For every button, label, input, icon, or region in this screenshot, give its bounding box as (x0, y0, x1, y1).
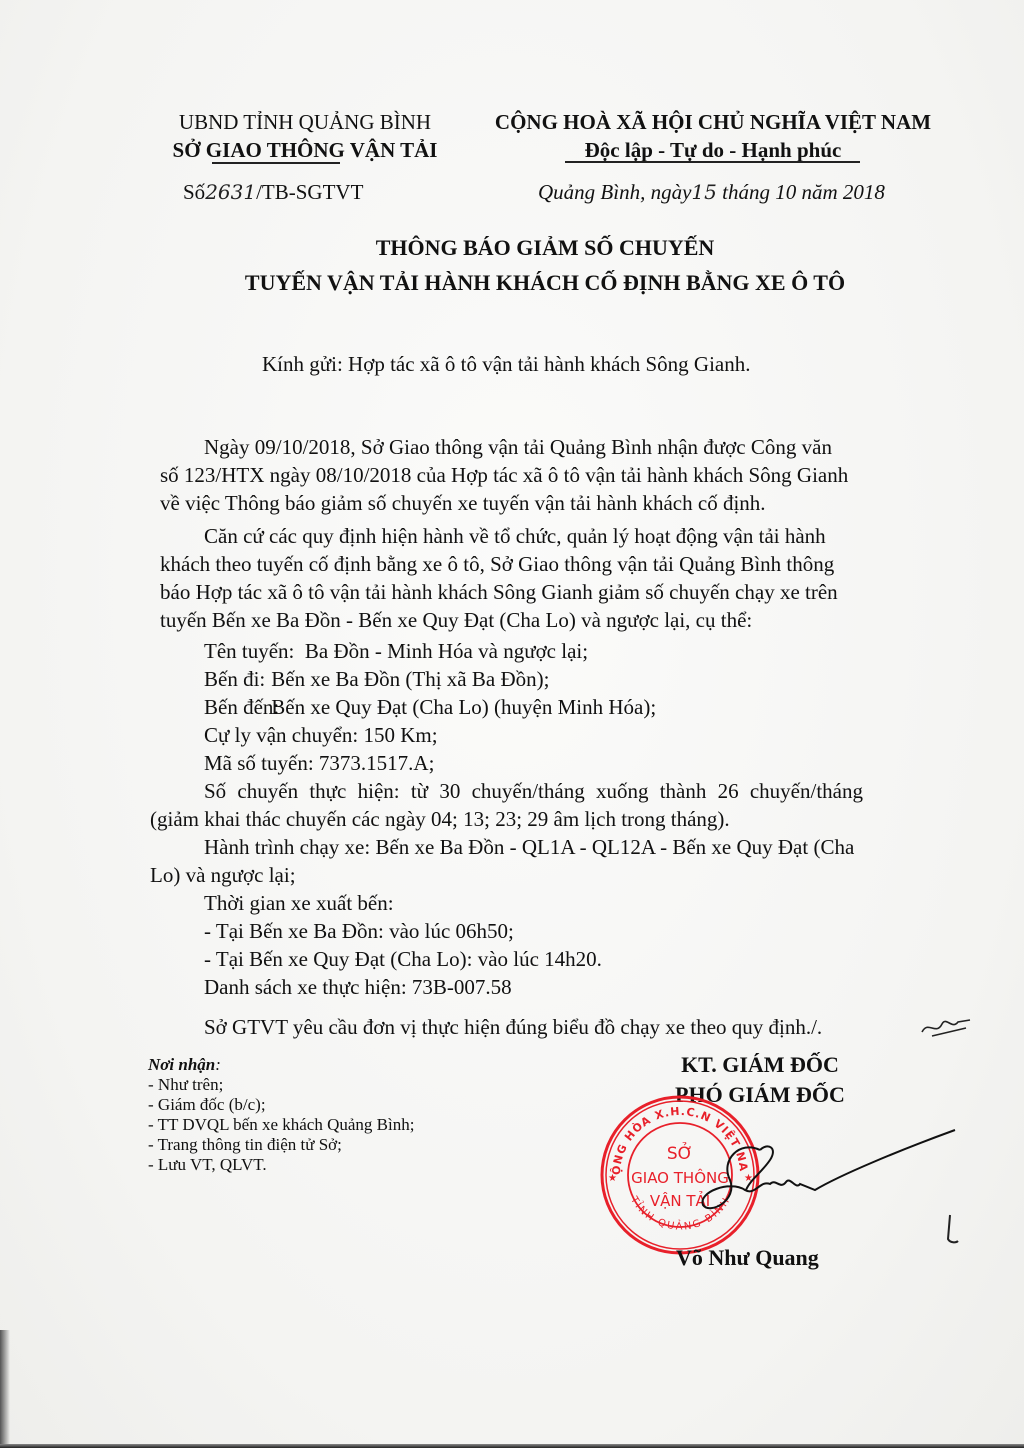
route-name-value: Ba Đồn - Minh Hóa và ngược lại; (305, 639, 588, 663)
motto-underline (565, 161, 860, 163)
document-date: Quảng Bình, ngày15 tháng 10 năm 2018 (538, 178, 885, 206)
document-page: UBND TỈNH QUẢNG BÌNH SỞ GIAO THÔNG VẬN T… (0, 0, 1024, 1448)
route-code: Mã số tuyến: 7373.1517.A; (204, 749, 434, 777)
paragraph-1-line: về việc Thông báo giảm số chuyến xe tuyế… (160, 489, 766, 517)
paragraph-2-line: khách theo tuyến cố định bằng xe ô tô, S… (160, 550, 834, 578)
closing-statement: Sở GTVT yêu cầu đơn vị thực hiện đúng bi… (204, 1013, 822, 1041)
agency-parent: UBND TỈNH QUẢNG BÌNH (140, 108, 470, 136)
recipient-item: - Trang thông tin điện tử Sở; (148, 1135, 414, 1155)
itinerary-line-1: Hành trình chạy xe: Bến xe Ba Đồn - QL1A… (204, 833, 854, 861)
departure-times-label: Thời gian xe xuất bến: (204, 889, 394, 917)
agency-name: SỞ GIAO THÔNG VẬN TẢI (140, 136, 470, 164)
recipient-item: - Như trên; (148, 1075, 414, 1095)
svg-text:★: ★ (608, 1173, 617, 1184)
margin-mark-icon (942, 1213, 962, 1247)
arrival-station: Bến đến: Bến xe Quy Đạt (Cha Lo) (huyện … (204, 693, 656, 721)
departure-station: Bến đi: Bến xe Ba Đồn (Thị xã Ba Đồn); (204, 665, 549, 693)
document-title-line1: THÔNG BÁO GIẢM SỐ CHUYẾN (0, 235, 1024, 261)
arrival-label: Bến đến: (204, 693, 266, 721)
signer-role-1: KT. GIÁM ĐỐC (610, 1050, 910, 1080)
date-prefix: Quảng Bình, ngày (538, 180, 691, 204)
addressee: Kính gửi: Hợp tác xã ô tô vận tải hành k… (262, 350, 750, 378)
trips-line-2: (giảm khai thác chuyến các ngày 04; 13; … (150, 805, 730, 833)
seal-center-line1: SỞ (667, 1141, 693, 1164)
vehicle-list: Danh sách xe thực hiện: 73B-007.58 (204, 973, 512, 1001)
agency-underline (212, 162, 340, 164)
scan-edge-shadow (0, 1330, 10, 1448)
recipients-list: Nơi nhận: - Như trên; - Giám đốc (b/c); … (148, 1055, 414, 1175)
document-title-line2: TUYẾN VẬN TẢI HÀNH KHÁCH CỐ ĐỊNH BẰNG XE… (0, 270, 1024, 296)
doc-number-handwritten: 2631 (205, 180, 256, 204)
paragraph-1-line: Ngày 09/10/2018, Sở Giao thông vận tải Q… (204, 433, 832, 461)
distance: Cự ly vận chuyển: 150 Km; (204, 721, 438, 749)
recipient-item: - Giám đốc (b/c); (148, 1095, 414, 1115)
itinerary-line-2: Lo) và ngược lại; (150, 861, 296, 889)
nation-name: CỘNG HOÀ XÃ HỘI CHỦ NGHĨA VIỆT NAM (478, 108, 948, 136)
recipient-item: - Lưu VT, QLVT. (148, 1155, 414, 1175)
paragraph-2-line: Căn cứ các quy định hiện hành về tổ chức… (204, 522, 826, 550)
signer-name: Võ Như Quang (676, 1244, 819, 1272)
document-number: Số2631/TB-SGTVT (183, 178, 363, 206)
national-motto: Độc lập - Tự do - Hạnh phúc (478, 136, 948, 164)
time-quy-dat: - Tại Bến xe Quy Đạt (Cha Lo): vào lúc 1… (204, 945, 602, 973)
recipients-label: Nơi nhận (148, 1055, 215, 1074)
scan-bottom-edge (0, 1444, 1024, 1448)
initials-mark-icon (918, 1010, 974, 1040)
handwritten-signature-icon (700, 1120, 960, 1230)
doc-number-suffix: /TB-SGTVT (256, 180, 363, 204)
date-suffix: tháng 10 năm 2018 (722, 180, 885, 204)
time-ba-don: - Tại Bến xe Ba Đồn: vào lúc 06h50; (204, 917, 514, 945)
paragraph-1-line: số 123/HTX ngày 08/10/2018 của Hợp tác x… (160, 461, 848, 489)
doc-number-prefix: Số (183, 180, 205, 204)
recipient-item: - TT DVQL bến xe khách Quảng Bình; (148, 1115, 414, 1135)
arrival-value: Bến xe Quy Đạt (Cha Lo) (huyện Minh Hóa)… (271, 695, 656, 719)
date-day-handwritten: 15 (691, 180, 716, 204)
national-header-block: CỘNG HOÀ XÃ HỘI CHỦ NGHĨA VIỆT NAM Độc l… (478, 108, 948, 164)
trips-line-1: Số chuyến thực hiện: từ 30 chuyến/tháng … (204, 777, 863, 805)
paragraph-2-line: báo Hợp tác xã ô tô vận tải hành khách S… (160, 578, 838, 606)
recipients-colon: : (215, 1055, 221, 1074)
issuing-agency-block: UBND TỈNH QUẢNG BÌNH SỞ GIAO THÔNG VẬN T… (140, 108, 470, 164)
departure-label: Bến đi: (204, 665, 266, 693)
paragraph-2-line: tuyến Bến xe Ba Đồn - Bến xe Quy Đạt (Ch… (160, 606, 752, 634)
departure-value: Bến xe Ba Đồn (Thị xã Ba Đồn); (271, 667, 549, 691)
route-name: Tên tuyến: Ba Đồn - Minh Hóa và ngược lạ… (204, 637, 588, 665)
route-name-label: Tên tuyến: (204, 639, 294, 663)
